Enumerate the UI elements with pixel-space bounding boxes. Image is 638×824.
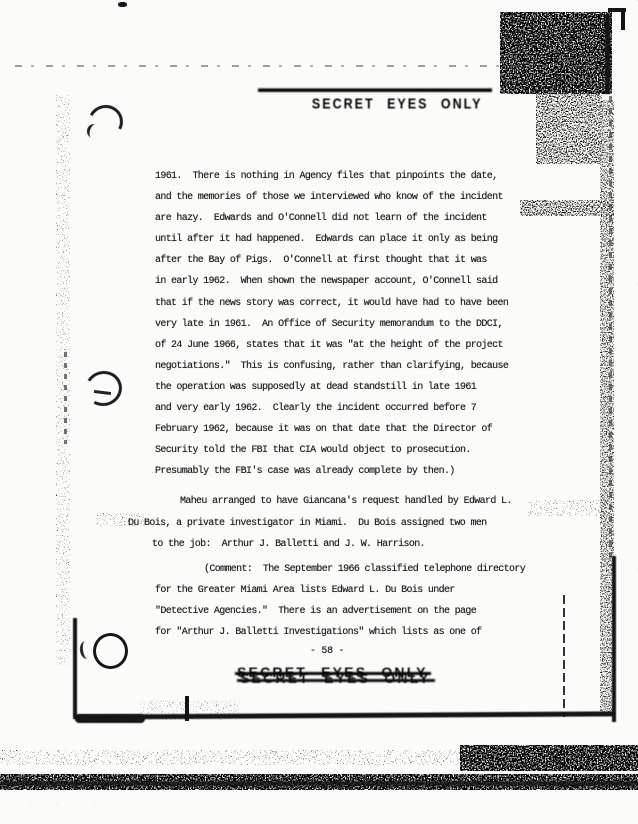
text-line: for the Greater Miami Area lists Edward … [155, 580, 545, 601]
scan-edge-line [73, 618, 77, 719]
stamp-strikethrough-line [258, 88, 492, 92]
text-line: February 1962, because it was on that da… [155, 419, 545, 440]
hole-punch-mark [79, 640, 94, 660]
stamp-strikethrough-line [235, 672, 431, 675]
scan-edge-line [612, 556, 616, 722]
scan-speck [118, 2, 127, 7]
text-line: 1961. There is nothing in Agency files t… [155, 166, 545, 187]
text-line: Maheu arranged to have Giancana's reques… [180, 491, 545, 512]
text-line: after the Bay of Pigs. O'Connell at firs… [155, 250, 545, 271]
page-number: - 58 - [310, 646, 344, 657]
classification-stamp-bottom: SECRET EYES ONLY SECRET EYES ONLY [237, 664, 437, 694]
paragraph-1: 1961. There is nothing in Agency files t… [155, 166, 545, 482]
text-line: are hazy. Edwards and O'Connell did not … [155, 208, 545, 229]
corner-mark [621, 8, 625, 30]
text-line: of 24 June 1966, states that it was "at … [155, 335, 545, 356]
paragraph-3-comment: (Comment: The September 1966 classified … [155, 559, 545, 643]
document-body: 1961. There is nothing in Agency files t… [155, 166, 545, 643]
text-line: in early 1962. When shown the newspaper … [155, 271, 545, 292]
paper-bottom-edge [75, 714, 145, 723]
text-line: and very early 1962. Clearly the inciden… [155, 398, 545, 419]
text-line: Security told the FBI that CIA would obj… [155, 440, 545, 461]
stamp-strikethrough-line [237, 679, 435, 682]
text-line: negotiations." This is confusing, rather… [155, 356, 545, 377]
hole-punch-mark [81, 367, 125, 410]
scan-noise-band [0, 781, 638, 786]
scan-scratch-line [15, 65, 595, 67]
text-line: Du Bois, a private investigator in Miami… [128, 513, 545, 534]
scan-edge-line [605, 14, 610, 94]
text-line: "Detective Agencies." There is an advert… [155, 601, 545, 622]
text-line: for "Arthur J. Balletti Investigations" … [155, 622, 545, 643]
text-line: that if the news story was correct, it w… [155, 293, 545, 314]
paper-bottom-edge [75, 711, 615, 719]
scan-edge-line [563, 595, 565, 717]
classification-stamp-top: SECRET EYES ONLY [262, 79, 482, 145]
hole-punch-mark [93, 633, 128, 669]
scan-edge-marks [64, 352, 67, 444]
text-line: Presumably the FBI's case was already co… [155, 461, 545, 482]
text-line: (Comment: The September 1966 classified … [204, 559, 545, 580]
text-line: and the memories of those we interviewed… [155, 187, 545, 208]
stamp-top-text: SECRET EYES ONLY [312, 95, 483, 112]
scan-mark [185, 696, 189, 721]
scanned-page: SECRET EYES ONLY 1961. There is nothing … [0, 0, 638, 824]
text-line: very late in 1961. An Office of Security… [155, 314, 545, 335]
text-line: until after it had happened. Edwards can… [155, 229, 545, 250]
text-line: to the job: Arthur J. Balletti and J. W.… [152, 534, 545, 555]
text-line: the operation was supposedly at dead sta… [155, 377, 545, 398]
scan-edge-line [609, 96, 612, 566]
paragraph-2: Maheu arranged to have Giancana's reques… [155, 491, 545, 554]
